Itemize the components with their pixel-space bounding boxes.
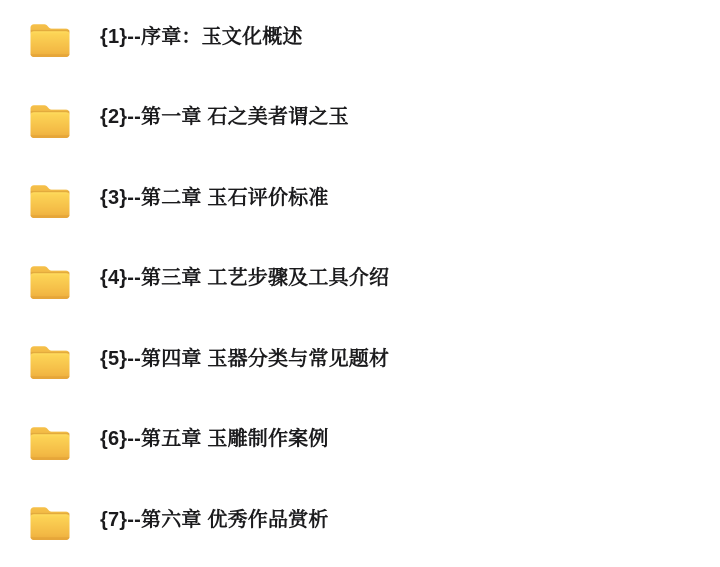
folder-name: {5}--第四章 玉器分类与常见题材 [100, 342, 389, 371]
folder-icon [28, 342, 72, 382]
folder-icon [28, 503, 72, 543]
folder-name: {4}--第三章 工艺步骤及工具介绍 [100, 261, 389, 290]
folder-list: {1}--序章：玉文化概述 {2}--第一章 石之美者谓之玉 {3}--第二章 … [0, 0, 720, 567]
list-item-4[interactable]: {4}--第三章 工艺步骤及工具介绍 [0, 242, 720, 323]
folder-name: {1}--序章：玉文化概述 [100, 20, 303, 49]
list-item-1[interactable]: {1}--序章：玉文化概述 [0, 0, 720, 81]
folder-name: {7}--第六章 优秀作品赏析 [100, 503, 329, 532]
list-item-6[interactable]: {6}--第五章 玉雕制作案例 [0, 403, 720, 484]
list-item-7[interactable]: {7}--第六章 优秀作品赏析 [0, 483, 720, 564]
folder-icon [28, 20, 72, 60]
folder-icon [28, 423, 72, 463]
folder-icon [28, 262, 72, 302]
folder-name: {3}--第二章 玉石评价标准 [100, 181, 329, 210]
folder-icon [28, 181, 72, 221]
list-item-5[interactable]: {5}--第四章 玉器分类与常见题材 [0, 322, 720, 403]
folder-name: {6}--第五章 玉雕制作案例 [100, 422, 329, 451]
folder-icon [28, 101, 72, 141]
list-item-2[interactable]: {2}--第一章 石之美者谓之玉 [0, 81, 720, 162]
folder-name: {2}--第一章 石之美者谓之玉 [100, 100, 349, 129]
list-item-3[interactable]: {3}--第二章 玉石评价标准 [0, 161, 720, 242]
